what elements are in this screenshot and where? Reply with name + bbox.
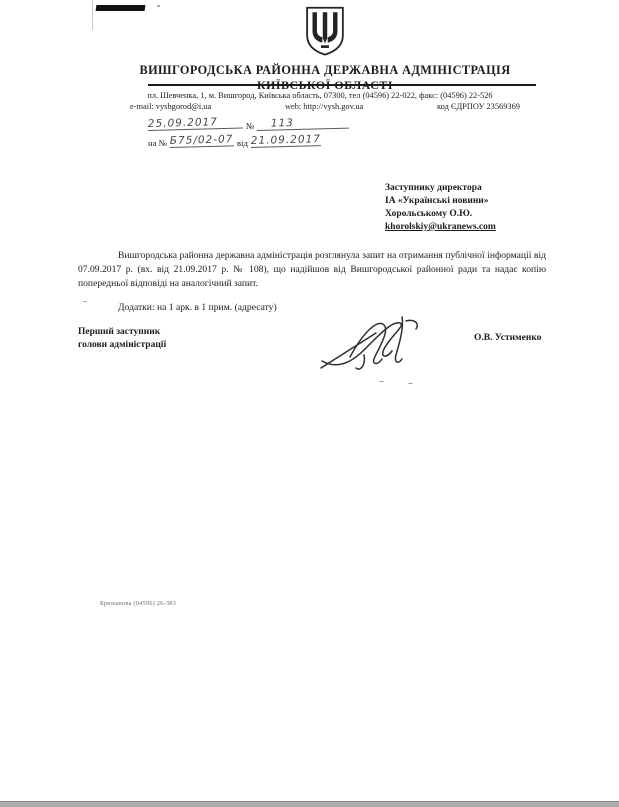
attachments-line: Додатки: на 1 арк. в 1 прим. (адресату) <box>78 302 546 313</box>
scan-page-edge <box>0 801 619 807</box>
letterhead: ВИШГОРОДСЬКА РАЙОННА ДЕРЖАВНА АДМІНІСТРА… <box>60 6 590 93</box>
signer-name: О.В. Устименко <box>474 333 541 343</box>
header-rule <box>148 84 536 86</box>
outgoing-ref-row: 25.09.2017 № 113 <box>148 118 348 131</box>
org-name-line1: ВИШГОРОДСЬКА РАЙОННА ДЕРЖАВНА АДМІНІСТРА… <box>60 63 590 78</box>
org-edrpou: код ЄДРПОУ 23569369 <box>437 102 520 111</box>
reference-block: 25.09.2017 № 113 на № Б75/02-07 від 21.0… <box>148 118 348 152</box>
outgoing-number-handwritten: 113 <box>257 116 349 131</box>
executor-line: Брюханова (04596) 26-383 <box>100 600 176 607</box>
ukraine-trident-emblem-icon <box>304 6 346 56</box>
handwritten-signature-icon <box>318 315 428 373</box>
number-sign: № <box>243 121 257 131</box>
letter-body-paragraph: Вишгородська районна державна адміністра… <box>78 249 546 290</box>
reply-from-label: від <box>234 138 251 148</box>
recipient-title: Заступнику директора <box>385 182 496 195</box>
org-email: e-mail: vyshgorod@i.ua <box>130 102 211 111</box>
org-address: пл. Шевченка, 1, м. Вишгород, Київська о… <box>90 91 550 100</box>
incoming-number-handwritten: Б75/02-07 <box>170 133 234 148</box>
recipient-block: Заступнику директора ІА «Українські нови… <box>385 182 496 234</box>
recipient-name: Хорольському О.Ю. <box>385 208 496 221</box>
recipient-email: khorolskiy@ukranews.com <box>385 221 496 234</box>
org-web: web: http://vysh.gov.ua <box>285 102 363 111</box>
outgoing-date-handwritten: 25.09.2017 <box>148 116 243 131</box>
scan-speck <box>408 383 413 384</box>
incoming-ref-row: на № Б75/02-07 від 21.09.2017 <box>148 135 348 148</box>
recipient-org: ІА «Українські новини» <box>385 195 496 208</box>
signer-position-line2: голови адміністрації <box>78 339 166 352</box>
scanned-letter-page: ВИШГОРОДСЬКА РАЙОННА ДЕРЖАВНА АДМІНІСТРА… <box>0 0 619 807</box>
signer-position-line1: Перший заступник <box>78 326 166 339</box>
reply-prefix: на № <box>148 138 170 148</box>
incoming-date-handwritten: 21.09.2017 <box>251 133 321 148</box>
org-contacts-row: e-mail: vyshgorod@i.ua web: http://vysh.… <box>130 102 520 111</box>
scan-speck <box>379 381 384 382</box>
signer-position: Перший заступник голови адміністрації <box>78 326 166 352</box>
